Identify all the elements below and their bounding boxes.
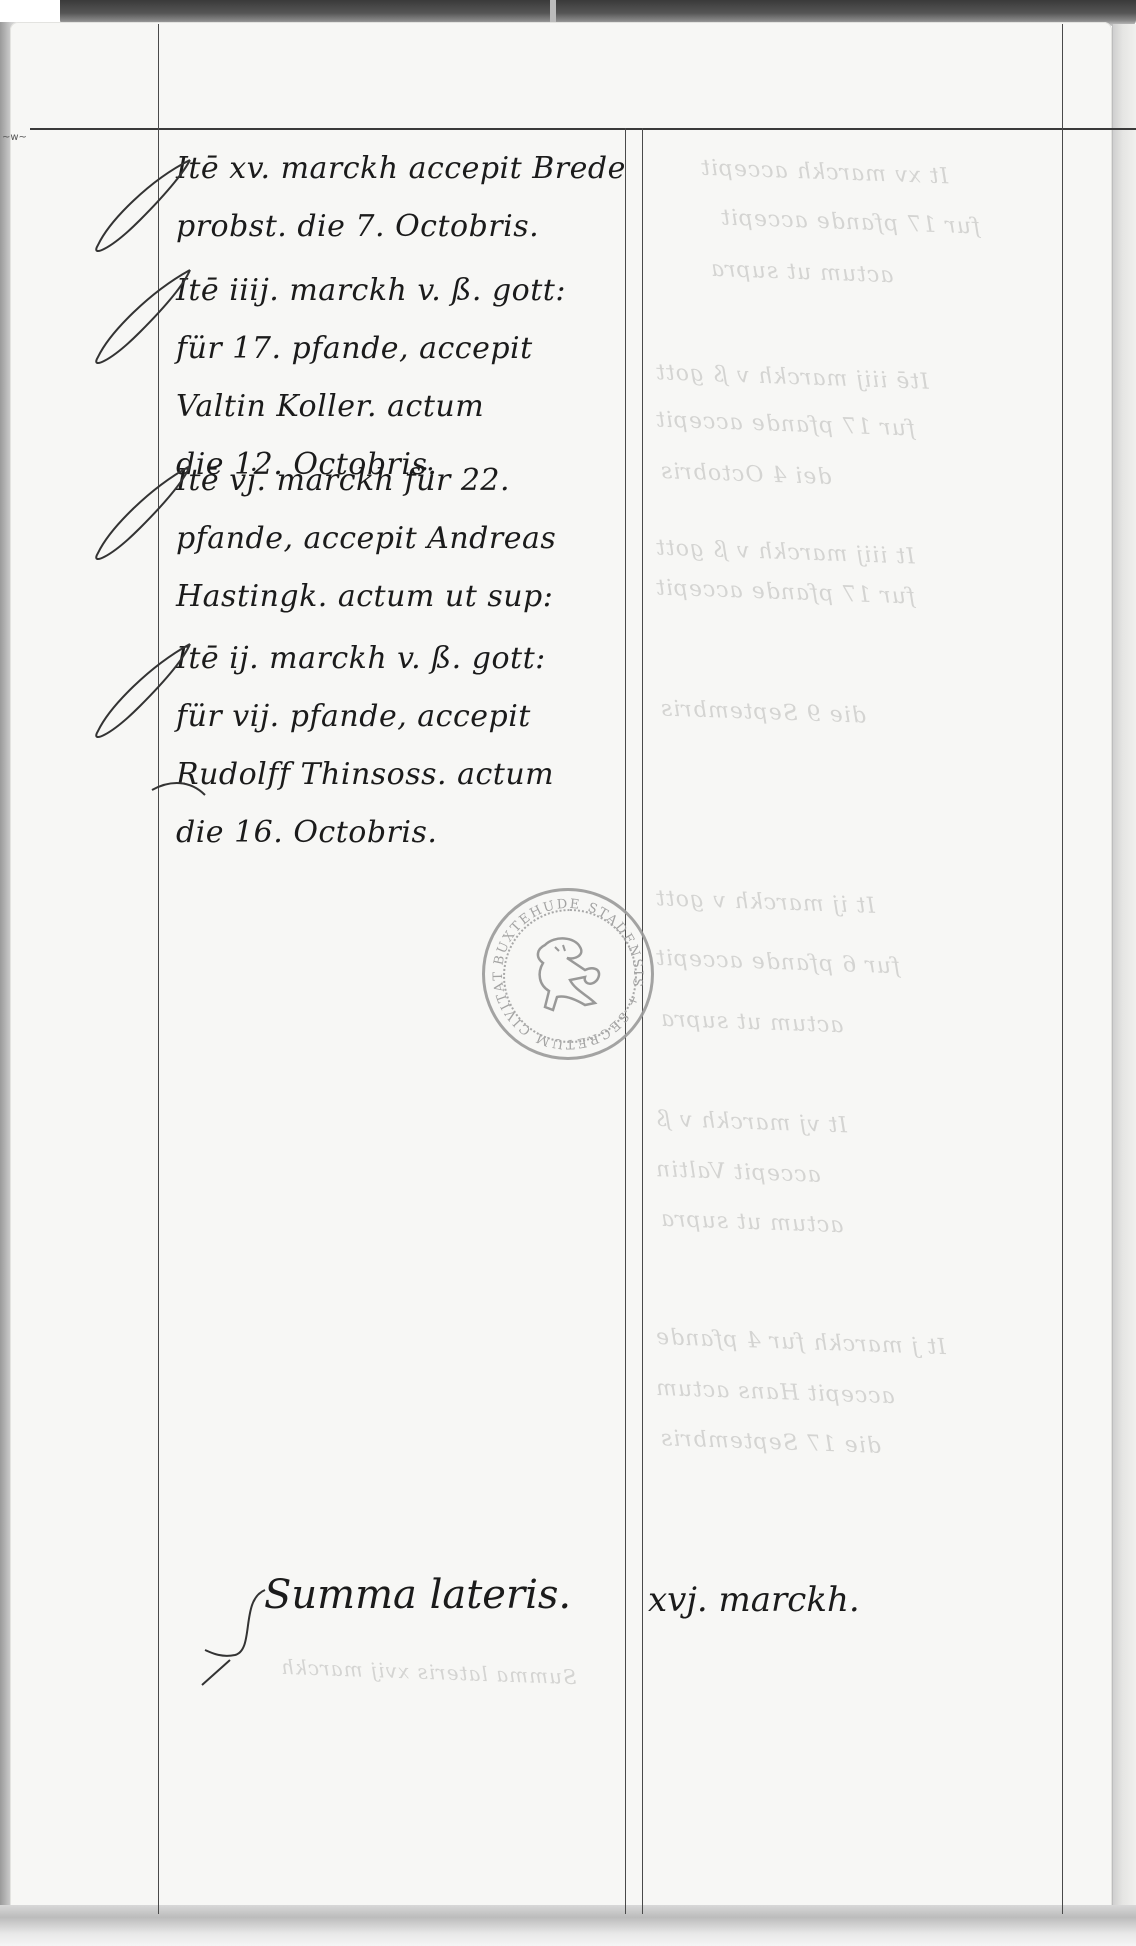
ledger-entry: Itē ij. marckh v. ß. gott: für vij. pfan… bbox=[176, 630, 626, 862]
ledger-entry: Itē vj. marckh für 22. pfande, accepit A… bbox=[176, 452, 626, 626]
scanner-shadow-bottom bbox=[0, 1905, 1136, 1946]
left-margin-rule bbox=[158, 24, 159, 1914]
archive-stamp: BUXTEHUDE STADENSIS + SECRETUM CIVITATIS bbox=[482, 888, 654, 1060]
margin-mark: ~w~ bbox=[2, 132, 27, 143]
lion-rampant-icon bbox=[525, 925, 615, 1025]
entry-line: probst. die 7. Octobris. bbox=[176, 198, 626, 256]
ledger-entry: Itē xv. marckh accepit Brede probst. die… bbox=[176, 140, 626, 256]
page-total-label: Summa lateris. bbox=[264, 1572, 571, 1618]
entry-line: Itē vj. marckh für 22. bbox=[176, 452, 626, 510]
entry-line: Rudolff Thinsoss. actum bbox=[176, 746, 626, 804]
entry-line: Itē xv. marckh accepit Brede bbox=[176, 140, 626, 198]
right-margin-rule bbox=[1062, 24, 1063, 1914]
header-rule bbox=[30, 128, 1136, 130]
entry-line: Itē ij. marckh v. ß. gott: bbox=[176, 630, 626, 688]
entry-line: pfande, accepit Andreas bbox=[176, 510, 626, 568]
adjacent-page-edge bbox=[1112, 24, 1136, 1924]
entry-line: Itē iiij. marckh v. ß. gott: bbox=[176, 262, 626, 320]
page-total-value: xvj. marckh. bbox=[648, 1580, 860, 1620]
entry-line: Valtin Koller. actum bbox=[176, 378, 626, 436]
entry-line: die 16. Octobris. bbox=[176, 804, 626, 862]
entry-line: für 17. pfande, accepit bbox=[176, 320, 626, 378]
entry-line: Hastingk. actum ut sup: bbox=[176, 568, 626, 626]
entry-line: für vij. pfande, accepit bbox=[176, 688, 626, 746]
